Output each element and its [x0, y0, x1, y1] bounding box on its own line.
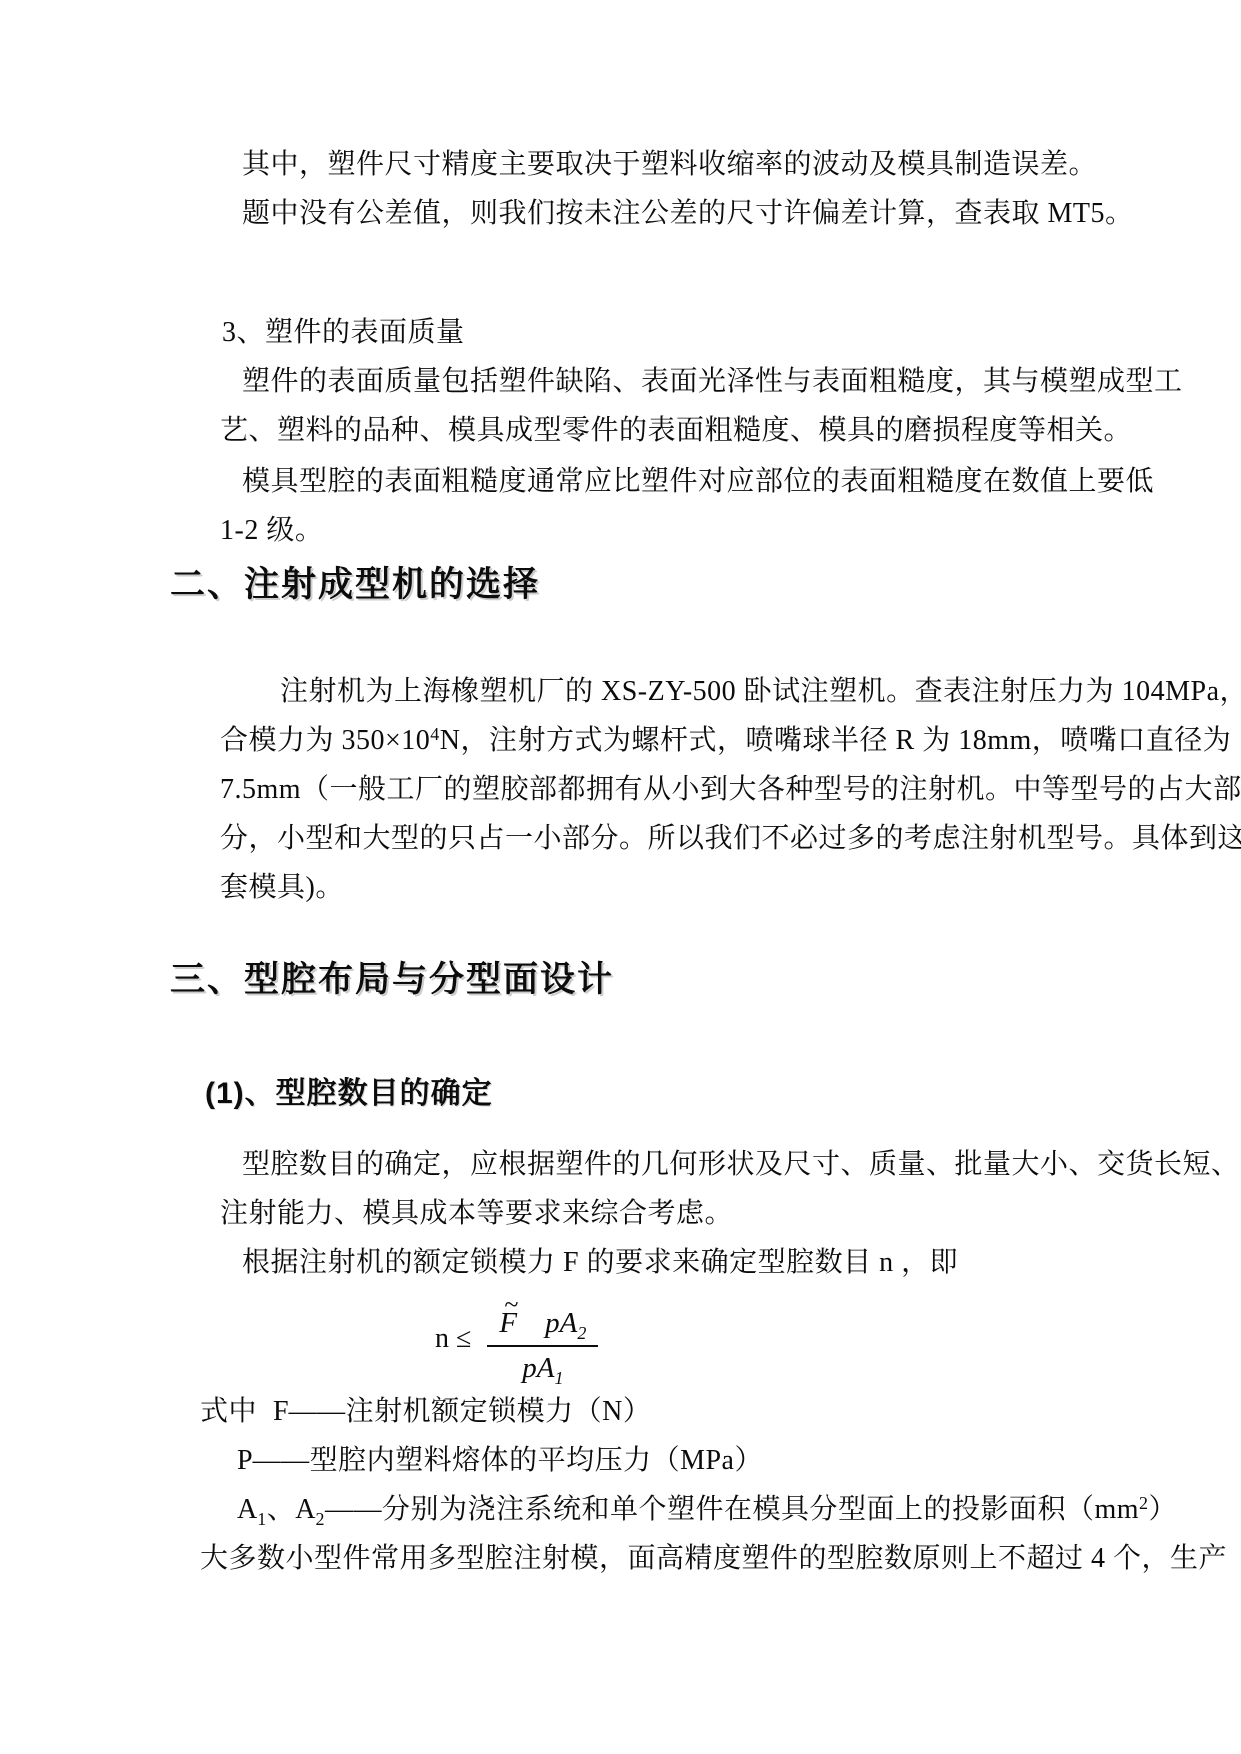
P-symbol: P [237, 1445, 253, 1476]
paragraph-line: 型腔数目的确定，应根据塑件的几何形状及尺寸、质量、批量大小、交货长短、 [220, 1140, 1101, 1189]
paragraph-line: 其中，塑件尺寸精度主要取决于塑料收缩率的波动及模具制造误差。 [220, 140, 1101, 189]
numbered-item-heading: 3、塑件的表面质量 [222, 308, 1101, 357]
paragraph-line: 分，小型和大型的只占一小部分。所以我们不必过多的考虑注射机型号。具体到这 [220, 814, 1101, 863]
subscript-2: 2 [577, 1323, 586, 1343]
legend-text: ——注射机额定锁模力（N） [289, 1396, 652, 1427]
superscript-2: 2 [1139, 1493, 1149, 1513]
text-run: 合模力为 350×10 [220, 725, 430, 756]
paragraph-line: 模具型腔的表面粗糙度通常应比塑件对应部位的表面粗糙度在数值上要低 [220, 457, 1101, 506]
formula-denominator: pA1 [522, 1347, 563, 1387]
legend-prefix: 式中 [200, 1396, 257, 1427]
paragraph-line: 注射机为上海橡塑机厂的 XS-ZY-500 卧试注塑机。查表注射压力为 104M… [220, 667, 1101, 716]
subscript-1: 1 [257, 1509, 267, 1529]
section-heading-3: 三、型腔布局与分型面设计 [170, 956, 1101, 1004]
paragraph-line: 艺、塑料的品种、模具成型零件的表面粗糙度、模具的磨损程度等相关。 [220, 406, 1101, 455]
pA2-term: pA2 [545, 1307, 586, 1340]
legend-text: ——型腔内塑料熔体的平均压力（MPa） [253, 1445, 763, 1476]
paragraph-line: 大多数小型件常用多型腔注射模，面高精度塑件的型腔数原则上不超过 4 个，生产 [200, 1534, 1101, 1583]
pA-symbol: pA [522, 1352, 554, 1384]
document-page: 其中，塑件尺寸精度主要取决于塑料收缩率的波动及模具制造误差。 题中没有公差值，则… [0, 0, 1241, 1754]
separator: 、 [267, 1494, 296, 1525]
legend-line-P: P——型腔内塑料熔体的平均压力（MPa） [237, 1436, 1101, 1485]
formula-F-term: ~F [499, 1307, 517, 1340]
section-heading-2: 二、注射成型机的选择 [170, 561, 1101, 609]
subscript-1: 1 [554, 1368, 563, 1388]
paragraph-line: 根据注射机的额定锁模力 F 的要求来确定型腔数目 n ，即 [220, 1238, 1101, 1287]
A1-symbol: A [237, 1494, 257, 1525]
paragraph-line: 7.5mm（一般工厂的塑胶部都拥有从小到大各种型号的注射机。中等型号的占大部 [220, 765, 1101, 814]
subscript-2: 2 [315, 1509, 325, 1529]
closing-paren: ） [1149, 1494, 1178, 1525]
cavity-number-formula: n ≤ ~F pA2 pA1 [435, 1291, 1101, 1387]
paragraph-line: 套模具)。 [220, 863, 1101, 912]
A2-symbol: A [295, 1494, 315, 1525]
legend-line-F: 式中F——注射机额定锁模力（N） [200, 1387, 1101, 1436]
pA-symbol: pA [545, 1307, 577, 1339]
superscript: 4 [430, 724, 440, 744]
text-run: N，注射方式为螺杆式，喷嘴球半径 R 为 18mm，喷嘴口直径为 [440, 725, 1231, 756]
paragraph-line: 注射能力、模具成本等要求来综合考虑。 [220, 1189, 1101, 1238]
formula-fraction: ~F pA2 pA1 [487, 1291, 598, 1387]
legend-line-A: A1、A2——分别为浇注系统和单个塑件在模具分型面上的投影面积（mm2） [237, 1485, 1101, 1534]
subsection-heading-1: (1)、型腔数目的确定 [205, 1072, 1101, 1116]
legend-text: ——分别为浇注系统和单个塑件在模具分型面上的投影面积（mm [325, 1494, 1139, 1525]
formula-lhs: n ≤ [435, 1323, 471, 1355]
paragraph-line: 合模力为 350×104N，注射方式为螺杆式，喷嘴球半径 R 为 18mm，喷嘴… [220, 716, 1101, 765]
paragraph-line: 塑件的表面质量包括塑件缺陷、表面光泽性与表面粗糙度，其与模塑成型工 [220, 357, 1101, 406]
paragraph-line: 1-2 级。 [220, 506, 1101, 555]
formula-numerator: ~F pA2 [487, 1291, 598, 1345]
tilde-accent: ~ [504, 1290, 518, 1320]
F-symbol: F [273, 1396, 289, 1427]
paragraph-line: 题中没有公差值，则我们按未注公差的尺寸许偏差计算，查表取 MT5。 [220, 189, 1101, 238]
